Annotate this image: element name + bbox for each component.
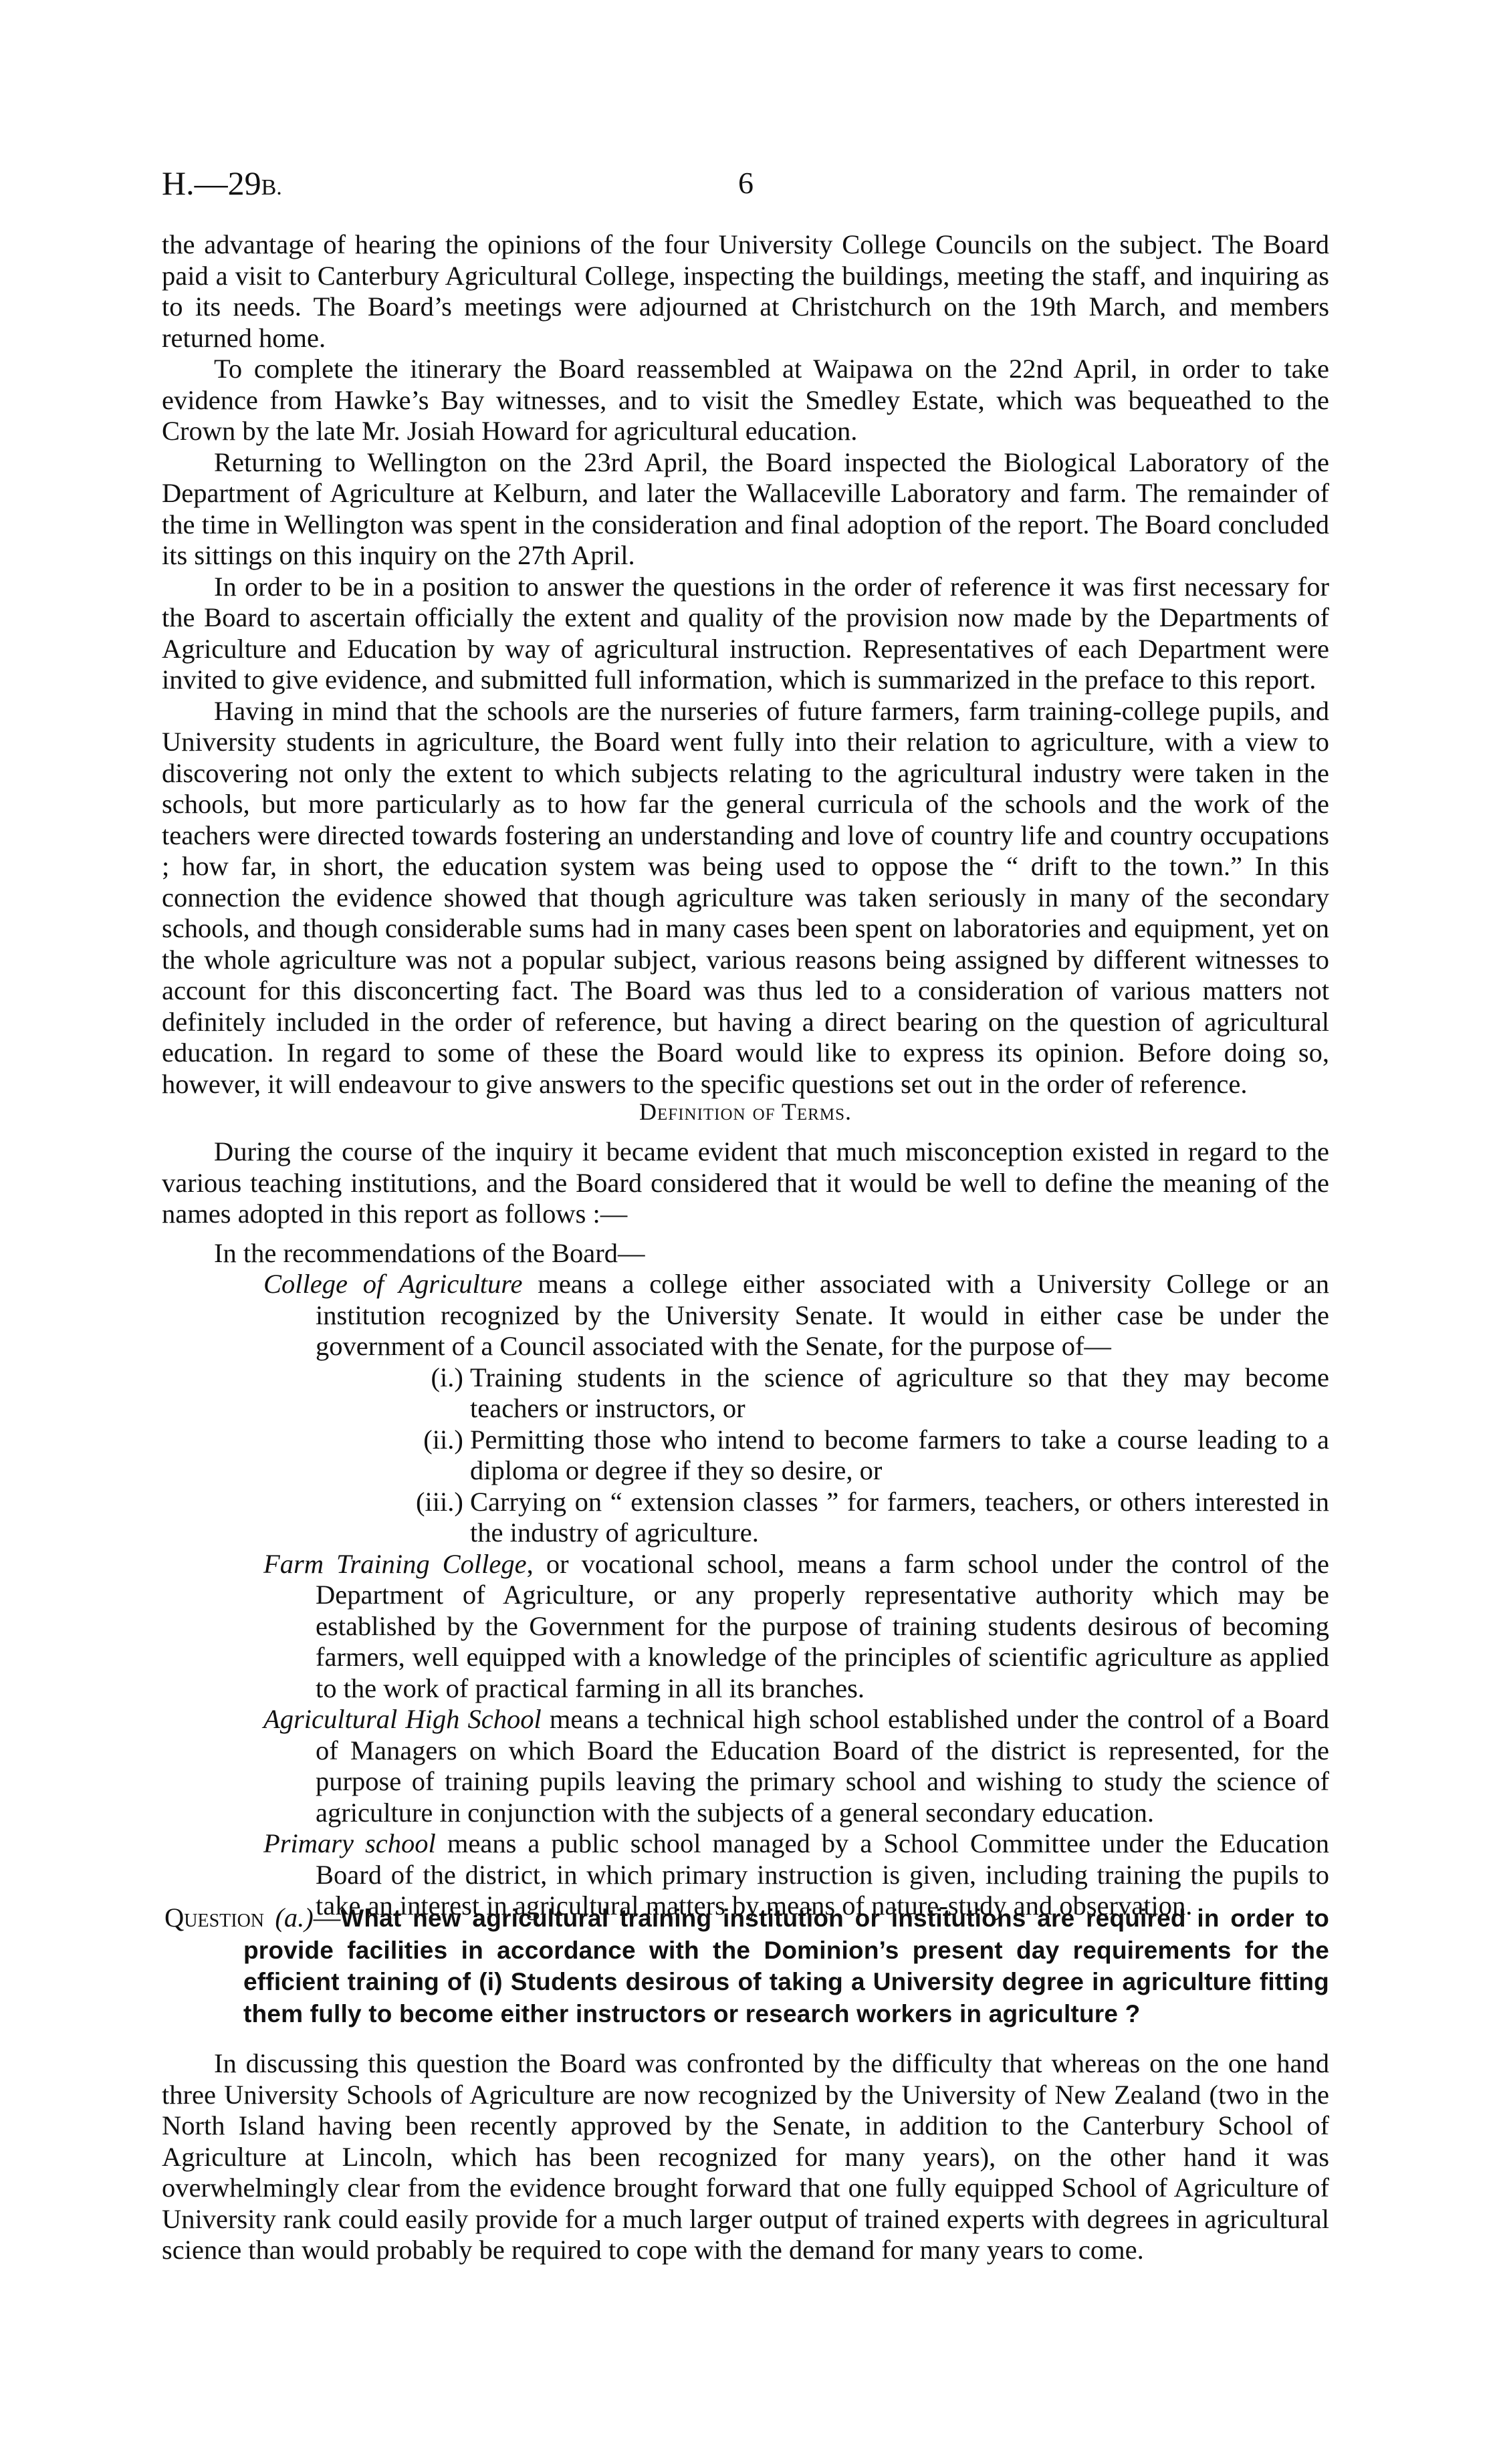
definitions-section: During the course of the inquiry it beca… — [162, 1136, 1329, 1922]
definitions-lead: In the recommendations of the Board— — [162, 1238, 1329, 1269]
question-text: What new agricultural training instituti… — [243, 1904, 1329, 2027]
question-section: Question (a.)—What new agricultural trai… — [162, 1902, 1329, 2266]
item-number: (iii.) — [356, 1487, 470, 1518]
paragraph-itinerary: To complete the itinerary the Board reas… — [162, 354, 1329, 447]
document-reference-main: H.—29 — [162, 164, 261, 202]
document-page: H.—29B. 6 the advantage of hearing the o… — [0, 0, 1493, 2464]
term-farm-training-college: Farm Training College — [263, 1549, 527, 1579]
term-agricultural-high-school: Agricultural High School — [263, 1704, 542, 1734]
definition-item-i: (i.) Training students in the science of… — [162, 1362, 1329, 1425]
paragraph-schools: Having in mind that the schools are the … — [162, 696, 1329, 1100]
definition-item-ii: (ii.) Permitting those who intend to bec… — [162, 1425, 1329, 1487]
document-reference-suffix: B. — [261, 175, 282, 200]
question-label: Question — [164, 1902, 264, 1933]
paragraph-continued: the advantage of hearing the opinions of… — [162, 229, 1329, 354]
term-college-of-agriculture: College of Agriculture — [263, 1269, 523, 1299]
question-letter: (a.) — [275, 1902, 313, 1933]
page-number: 6 — [738, 164, 754, 202]
item-number: (i.) — [356, 1362, 470, 1394]
definition-agricultural-high-school: Agricultural High School means a technic… — [162, 1704, 1329, 1828]
paragraph-order-of-reference: In order to be in a position to answer t… — [162, 572, 1329, 696]
definition-farm-training-college: Farm Training College, or vocational sch… — [162, 1549, 1329, 1705]
definitions-intro: During the course of the inquiry it beca… — [162, 1136, 1329, 1230]
document-reference: H.—29B. — [162, 164, 282, 207]
section-heading-definitions: Definition of Terms. — [162, 1096, 1329, 1127]
term-primary-school: Primary school — [263, 1828, 436, 1858]
question-answer-paragraph: In discussing this question the Board wa… — [162, 2048, 1329, 2266]
item-number: (ii.) — [356, 1425, 470, 1456]
paragraph-wellington: Returning to Wellington on the 23rd Apri… — [162, 447, 1329, 572]
intro-section: the advantage of hearing the opinions of… — [162, 229, 1329, 1100]
question-heading: Question (a.)—What new agricultural trai… — [162, 1902, 1329, 2029]
definition-item-iii: (iii.) Carrying on “ extension classes ”… — [162, 1487, 1329, 1549]
definition-college-of-agriculture: College of Agriculture means a college e… — [162, 1269, 1329, 1362]
